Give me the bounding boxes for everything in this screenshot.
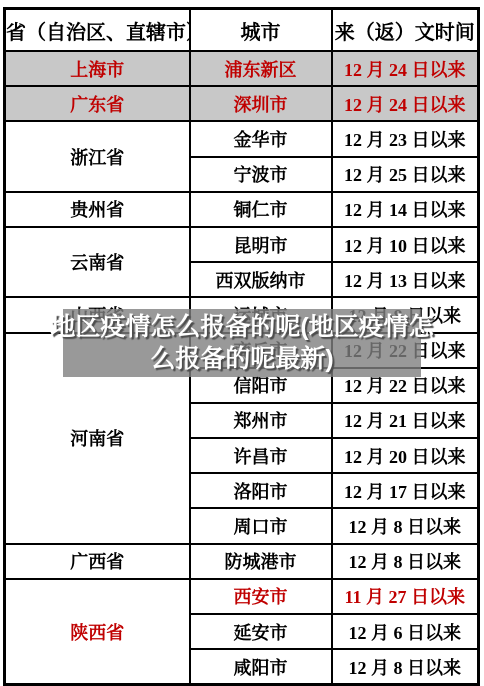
table-row: 河南省 商丘市 12 月 22 日以来 [5, 333, 479, 368]
city-cell: 洛阳市 [190, 473, 332, 508]
date-cell: 12 月 14 日以来 [332, 192, 479, 227]
province-cell: 陕西省 [5, 579, 190, 685]
table-row: 山西省 运城市 12 月 8 日以来 [5, 297, 479, 332]
date-cell: 12 月 8 日以来 [332, 508, 479, 543]
city-cell: 铜仁市 [190, 192, 332, 227]
province-cell: 上海市 [5, 51, 190, 86]
date-cell: 12 月 17 日以来 [332, 473, 479, 508]
city-cell: 西安市 [190, 579, 332, 614]
table-row: 上海市 浦东新区 12 月 24 日以来 [5, 51, 479, 86]
city-cell: 浦东新区 [190, 51, 332, 86]
city-cell: 宁波市 [190, 157, 332, 192]
page: 省（自治区、直辖市） 城市 来（返）文时间 上海市 浦东新区 12 月 24 日… [0, 0, 484, 686]
province-cell: 广西省 [5, 544, 190, 579]
city-cell: 郑州市 [190, 403, 332, 438]
date-cell: 12 月 8 日以来 [332, 297, 479, 332]
city-cell: 昆明市 [190, 227, 332, 262]
date-cell: 12 月 8 日以来 [332, 544, 479, 579]
date-cell: 11 月 27 日以来 [332, 579, 479, 614]
date-cell: 12 月 6 日以来 [332, 614, 479, 649]
date-cell: 12 月 13 日以来 [332, 262, 479, 297]
header-city: 城市 [190, 9, 332, 52]
city-cell: 许昌市 [190, 438, 332, 473]
date-cell: 12 月 8 日以来 [332, 649, 479, 685]
epidemic-report-table: 省（自治区、直辖市） 城市 来（返）文时间 上海市 浦东新区 12 月 24 日… [3, 7, 480, 686]
province-cell: 浙江省 [5, 121, 190, 191]
province-cell: 贵州省 [5, 192, 190, 227]
table-row: 浙江省 金华市 12 月 23 日以来 [5, 121, 479, 156]
city-cell: 金华市 [190, 121, 332, 156]
city-cell: 运城市 [190, 297, 332, 332]
city-cell: 商丘市 [190, 333, 332, 368]
table-row: 广东省 深圳市 12 月 24 日以来 [5, 86, 479, 121]
date-cell: 12 月 24 日以来 [332, 86, 479, 121]
province-cell: 广东省 [5, 86, 190, 121]
date-cell: 12 月 20 日以来 [332, 438, 479, 473]
city-cell: 防城港市 [190, 544, 332, 579]
province-cell: 云南省 [5, 227, 190, 297]
city-cell: 西双版纳市 [190, 262, 332, 297]
city-cell: 周口市 [190, 508, 332, 543]
table-row: 云南省 昆明市 12 月 10 日以来 [5, 227, 479, 262]
city-cell: 信阳市 [190, 368, 332, 403]
province-cell: 河南省 [5, 333, 190, 544]
table-row: 陕西省 西安市 11 月 27 日以来 [5, 579, 479, 614]
header-date: 来（返）文时间 [332, 9, 479, 52]
date-cell: 12 月 10 日以来 [332, 227, 479, 262]
date-cell: 12 月 22 日以来 [332, 333, 479, 368]
header-province: 省（自治区、直辖市） [5, 9, 190, 52]
city-cell: 咸阳市 [190, 649, 332, 685]
date-cell: 12 月 24 日以来 [332, 51, 479, 86]
date-cell: 12 月 21 日以来 [332, 403, 479, 438]
date-cell: 12 月 22 日以来 [332, 368, 479, 403]
date-cell: 12 月 23 日以来 [332, 121, 479, 156]
table-row: 贵州省 铜仁市 12 月 14 日以来 [5, 192, 479, 227]
table-header-row: 省（自治区、直辖市） 城市 来（返）文时间 [5, 9, 479, 52]
province-cell: 山西省 [5, 297, 190, 332]
table-row: 广西省 防城港市 12 月 8 日以来 [5, 544, 479, 579]
date-cell: 12 月 25 日以来 [332, 157, 479, 192]
city-cell: 延安市 [190, 614, 332, 649]
city-cell: 深圳市 [190, 86, 332, 121]
